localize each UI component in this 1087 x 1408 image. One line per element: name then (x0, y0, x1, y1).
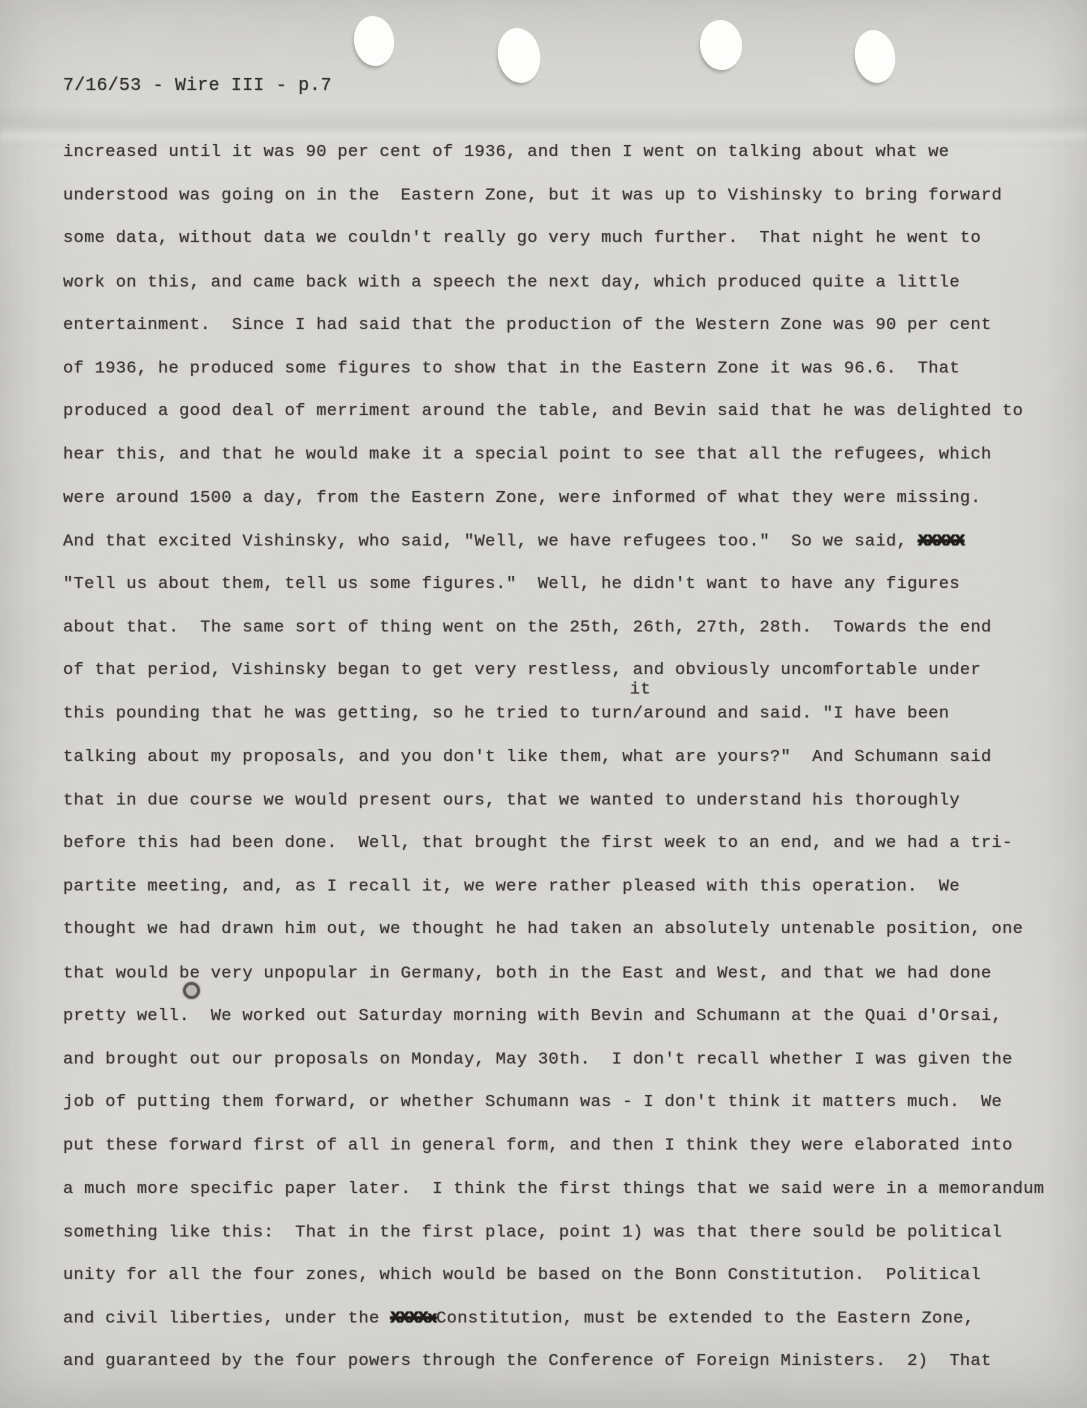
text-line: something like this: That in the first p… (63, 1211, 1063, 1254)
text-segment: of 1936, he produced some figures to sho… (63, 359, 960, 378)
text-segment: something like this: That in the first p… (63, 1223, 1002, 1242)
text-segment: before this had been done. Well, that br… (63, 834, 1013, 853)
text-segment: /it (633, 705, 644, 724)
text-segment: about that. The same sort of thing went … (63, 618, 992, 637)
interlinear-insertion: it (630, 682, 651, 699)
punch-hole (698, 18, 745, 72)
text-line: "Tell us about them, tell us some figure… (63, 563, 1063, 606)
text-segment: And that excited Vishinsky, who said, "W… (63, 532, 918, 551)
text-line: some data, without data we couldn't real… (63, 217, 1063, 260)
text-segment: and guaranteed by the four powers throug… (63, 1352, 992, 1371)
text-line: partite meeting, and, as I recall it, we… (63, 866, 1063, 909)
text-line: understood was going on in the Eastern Z… (63, 175, 1063, 218)
text-line: and guaranteed by the four powers throug… (63, 1340, 1063, 1383)
text-line: pretty well. We worked out Saturday morn… (63, 995, 1063, 1038)
text-segment: put these forward first of all in genera… (63, 1137, 1013, 1156)
text-line: and brought out our proposals on Monday,… (63, 1038, 1063, 1081)
text-segment: understood was going on in the Eastern Z… (63, 187, 1002, 206)
text-segment: around and said. "I have been (643, 705, 949, 724)
text-line: of 1936, he produced some figures to sho… (63, 347, 1063, 390)
text-line: hear this, and that he would make it a s… (63, 434, 1063, 477)
text-line: that would be very unpopular in Germany,… (63, 952, 1063, 995)
text-segment: of that period, Vishinsky began to get v… (63, 661, 981, 680)
text-segment: increased until it was 90 per cent of 19… (63, 143, 949, 162)
text-line: work on this, and came back with a speec… (63, 261, 1063, 304)
text-segment: were around 1500 a day, from the Eastern… (63, 489, 981, 508)
text-segment: pretty well. We worked out Saturday morn… (63, 1007, 1002, 1026)
text-line: And that excited Vishinsky, who said, "W… (63, 520, 1063, 563)
text-line: increased until it was 90 per cent of 19… (63, 131, 1063, 174)
text-segment: unity for all the four zones, which woul… (63, 1266, 981, 1285)
text-line: entertainment. Since I had said that the… (63, 304, 1063, 347)
typewritten-text: increased until it was 90 per cent of 19… (63, 131, 1063, 1383)
ink-speck (183, 982, 200, 999)
text-segment: produced a good deal of merriment around… (63, 402, 1023, 421)
text-segment: thought we had drawn him out, we thought… (63, 920, 1023, 939)
overstruck-text: XXXXx (390, 1309, 436, 1328)
text-segment: and brought out our proposals on Monday,… (63, 1050, 1013, 1069)
text-line: of that period, Vishinsky began to get v… (63, 649, 1063, 692)
text-line: put these forward first of all in genera… (63, 1125, 1063, 1168)
text-segment: this pounding that he was getting, so he… (63, 705, 633, 724)
document-page: 7/16/53 - Wire III - p.7 increased until… (0, 0, 1087, 1408)
text-line: job of putting them forward, or whether … (63, 1081, 1063, 1124)
text-segment: Constitution, must be extended to the Ea… (436, 1309, 974, 1328)
text-segment: and civil liberties, under the (63, 1309, 390, 1328)
text-line: that in due course we would present ours… (63, 779, 1063, 822)
text-segment: talking about my proposals, and you don'… (63, 748, 992, 767)
text-line: talking about my proposals, and you don'… (63, 736, 1063, 779)
text-line: thought we had drawn him out, we thought… (63, 908, 1063, 951)
text-line: this pounding that he was getting, so he… (63, 693, 1063, 736)
text-line: before this had been done. Well, that br… (63, 822, 1063, 865)
text-segment: job of putting them forward, or whether … (63, 1093, 1002, 1112)
text-segment: a much more specific paper later. I thin… (63, 1180, 1044, 1199)
page-header: 7/16/53 - Wire III - p.7 (63, 76, 332, 96)
text-segment: partite meeting, and, as I recall it, we… (63, 878, 960, 897)
punch-hole (351, 13, 398, 68)
text-segment: that would be very unpopular in Germany,… (63, 964, 992, 983)
overstruck-text: XXXXX (918, 532, 964, 551)
text-line: produced a good deal of merriment around… (63, 390, 1063, 433)
text-segment: work on this, and came back with a speec… (63, 273, 960, 292)
text-line: about that. The same sort of thing went … (63, 606, 1063, 649)
text-line: and civil liberties, under the XXXXxCons… (63, 1297, 1063, 1340)
text-segment: entertainment. Since I had said that the… (63, 316, 992, 335)
punch-hole (494, 25, 545, 86)
text-line: unity for all the four zones, which woul… (63, 1254, 1063, 1297)
text-segment: that in due course we would present ours… (63, 791, 960, 810)
text-line: were around 1500 a day, from the Eastern… (63, 477, 1063, 520)
text-segment: some data, without data we couldn't real… (63, 229, 981, 248)
text-line: a much more specific paper later. I thin… (63, 1168, 1063, 1211)
text-segment: hear this, and that he would make it a s… (63, 446, 992, 465)
punch-hole (851, 27, 900, 86)
text-segment: "Tell us about them, tell us some figure… (63, 575, 960, 594)
